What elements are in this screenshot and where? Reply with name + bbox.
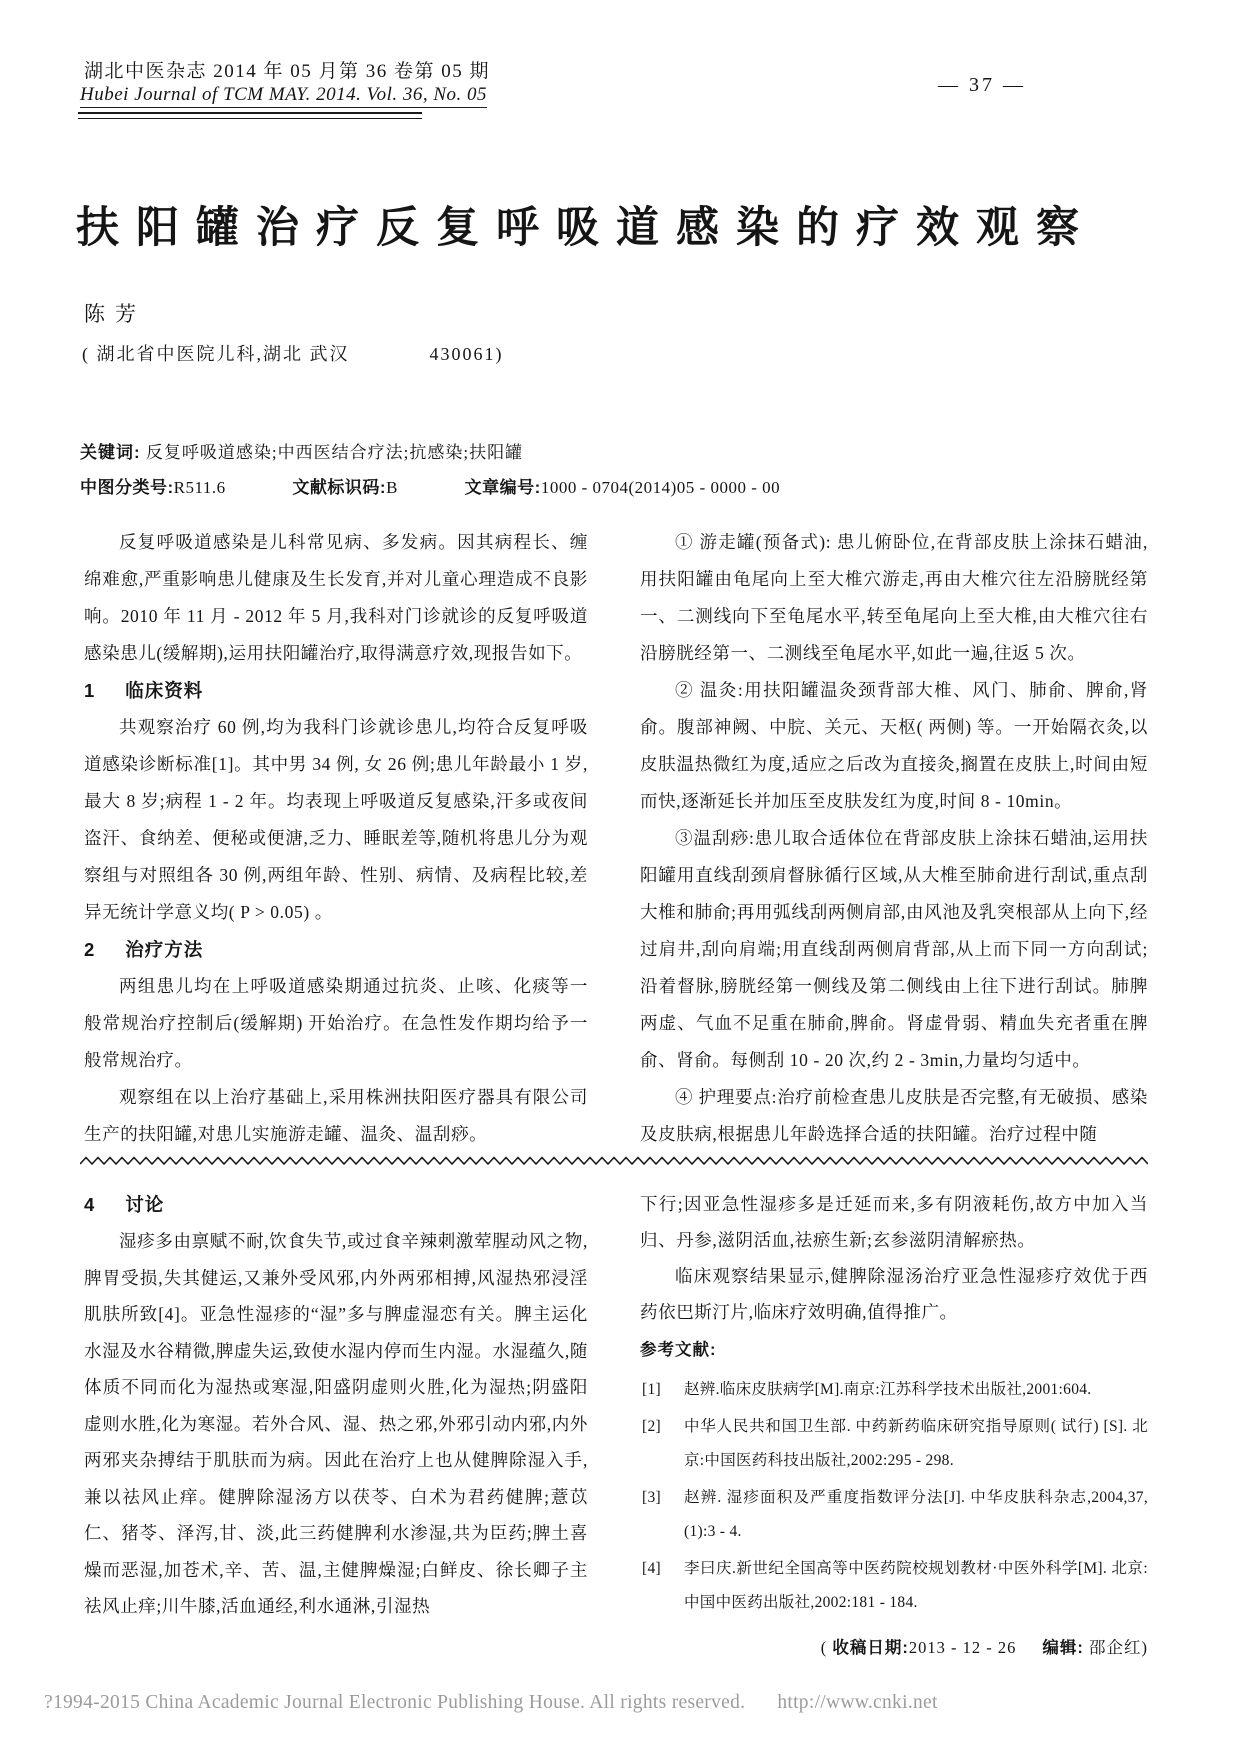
received-date-label: 收稿日期: [832, 1639, 909, 1657]
clc-label: 中图分类号: [80, 478, 174, 497]
section-heading-treatment: 2治疗方法 [84, 931, 588, 968]
reference-item: [2]中华人民共和国卫生部. 中药新药临床研究指导原则( 试行) [S]. 北京… [640, 1410, 1148, 1478]
section-label: 讨论 [125, 1194, 164, 1215]
reference-item: [1]赵辨.临床皮肤病学[M].南京:江苏科学技术出版社,2001:604. [640, 1373, 1148, 1407]
received-prefix: ( [821, 1638, 833, 1657]
received-suffix: ) [1142, 1638, 1149, 1657]
reference-text: 李曰庆.新世纪全国高等中医药院校规划教材·中医外科学[M]. 北京:中国中医药出… [684, 1560, 1148, 1611]
reference-marker: [4] [642, 1552, 661, 1586]
column-top-left: 反复呼吸道感染是儿科常见病、多发病。因其病程长、缠绵难愈,严重影响患儿健康及生长… [84, 524, 588, 1160]
journal-name-en: Hubei Journal of TCM MAY. 2014. Vol. 36,… [80, 84, 487, 108]
received-date-line: ( 收稿日期:2013 - 12 - 26编辑: 邵企红) [640, 1630, 1148, 1666]
doc-code-label: 文献标识码: [292, 478, 386, 497]
section-number: 4 [84, 1194, 95, 1215]
reference-marker: [3] [642, 1481, 661, 1515]
doc-code-pair: 文献标识码:B [292, 478, 398, 497]
column-bottom-left: 4讨论 湿疹多由禀赋不耐,饮食失节,或过食辛辣刺激荤腥动风之物,脾胃受损,失其健… [84, 1186, 588, 1625]
references-heading: 参考文献: [640, 1330, 1148, 1370]
article-id-label: 文章编号: [465, 478, 541, 497]
article-id-value: 1000 - 0704(2014)05 - 0000 - 00 [541, 478, 780, 497]
reference-marker: [2] [642, 1410, 661, 1444]
author-affiliation: ( 湖北省中医院儿科,湖北 武汉 430061) [82, 340, 504, 366]
section-label: 治疗方法 [125, 939, 203, 960]
column-bottom-right: 下行;因亚急性湿疹多是迁延而来,多有阴液耗伤,故方中加入当归、丹参,滋阴活血,祛… [640, 1186, 1148, 1666]
discussion-paragraph: 湿疹多由禀赋不耐,饮食失节,或过食辛辣刺激荤腥动风之物,脾胃受损,失其健运,又兼… [84, 1223, 588, 1625]
reference-text: 中华人民共和国卫生部. 中药新药临床研究指导原则( 试行) [S]. 北京:中国… [684, 1418, 1148, 1469]
header-double-rule [78, 112, 422, 119]
wavy-divider [80, 1156, 1148, 1166]
intro-paragraph: 反复呼吸道感染是儿科常见病、多发病。因其病程长、缠绵难愈,严重影响患儿健康及生长… [84, 524, 588, 672]
conclusion-paragraph: 临床观察结果显示,健脾除湿汤治疗亚急性湿疹疗效优于西药依巴斯汀片,临床疗效明确,… [640, 1258, 1148, 1330]
clinical-data-paragraph: 共观察治疗 60 例,均为我科门诊就诊患儿,均符合反复呼吸道感染诊断标准[1]。… [84, 709, 588, 931]
cnki-url: http://www.cnki.net [777, 1692, 937, 1713]
author-name: 陈芳 [84, 298, 146, 328]
warm-moxibustion-paragraph: ② 温灸:用扶阳罐温灸颈背部大椎、风门、肺俞、脾俞,肾俞。腹部神阙、中脘、关元、… [640, 672, 1148, 820]
clc-pair: 中图分类号:R511.6 [80, 478, 226, 497]
reference-marker: [1] [642, 1373, 661, 1407]
reference-item: [4]李曰庆.新世纪全国高等中医药院校规划教材·中医外科学[M]. 北京:中国中… [640, 1552, 1148, 1620]
clc-value: R511.6 [174, 478, 226, 497]
column-top-right: ① 游走罐(预备式): 患儿俯卧位,在背部皮肤上涂抹石蜡油, 用扶阳罐由龟尾向上… [640, 524, 1148, 1160]
doc-code-value: B [386, 478, 398, 497]
section-number: 2 [84, 939, 95, 960]
classification-line: 中图分类号:R511.6 文献标识码:B 文章编号:1000 - 0704(20… [80, 473, 780, 498]
keywords-label: 关键词: [80, 443, 141, 462]
section-number: 1 [84, 680, 95, 701]
cnki-copyright-footer: ?1994-2015 China Academic Journal Electr… [44, 1692, 1204, 1714]
reference-item: [3]赵辨. 湿疹面积及严重度指数评分法[J]. 中华皮肤科杂志,2004,37… [640, 1481, 1148, 1549]
received-date-value: 2013 - 12 - 26 [909, 1638, 1017, 1657]
warm-scraping-paragraph: ③温刮痧:患儿取合适体位在背部皮肤上涂抹石蜡油,运用扶阳罐用直线刮颈肩督脉循行区… [640, 820, 1148, 1079]
section-heading-clinical-data: 1临床资料 [84, 672, 588, 709]
page-number: — 37 — [938, 74, 1026, 97]
article-title: 扶阳罐治疗反复呼吸道感染的疗效观察 [76, 194, 1096, 255]
section-heading-discussion: 4讨论 [84, 1186, 588, 1223]
article-id-pair: 文章编号:1000 - 0704(2014)05 - 0000 - 00 [465, 478, 780, 497]
journal-page-scan: 湖北中医杂志 2014 年 05 月第 36 卷第 05 期 Hubei Jou… [0, 0, 1240, 1754]
discussion-continuation-paragraph: 下行;因亚急性湿疹多是迁延而来,多有阴液耗伤,故方中加入当归、丹参,滋阴活血,祛… [640, 1186, 1148, 1258]
section-label: 临床资料 [125, 680, 203, 701]
editor-name: 邵企红 [1084, 1638, 1142, 1657]
moving-cupping-paragraph: ① 游走罐(预备式): 患儿俯卧位,在背部皮肤上涂抹石蜡油, 用扶阳罐由龟尾向上… [640, 524, 1148, 672]
journal-name-cn: 湖北中医杂志 2014 年 05 月第 36 卷第 05 期 [84, 56, 490, 83]
keywords-text: 反复呼吸道感染;中西医结合疗法;抗感染;扶阳罐 [146, 443, 523, 462]
nursing-points-paragraph: ④ 护理要点:治疗前检查患儿皮肤是否完整,有无破损、感染及皮肤病,根据患儿年龄选… [640, 1079, 1148, 1153]
editor-label: 编辑: [1042, 1639, 1084, 1657]
copyright-text: ?1994-2015 China Academic Journal Electr… [44, 1692, 745, 1713]
treatment-paragraph-1: 两组患儿均在上呼吸道感染期通过抗炎、止咳、化痰等一般常规治疗控制后(缓解期) 开… [84, 968, 588, 1079]
treatment-paragraph-2: 观察组在以上治疗基础上,采用株洲扶阳医疗器具有限公司生产的扶阳罐,对患儿实施游走… [84, 1079, 588, 1153]
reference-text: 赵辨.临床皮肤病学[M].南京:江苏科学技术出版社,2001:604. [684, 1381, 1091, 1398]
keywords-line: 关键词: 反复呼吸道感染;中西医结合疗法;抗感染;扶阳罐 [80, 438, 523, 463]
reference-text: 赵辨. 湿疹面积及严重度指数评分法[J]. 中华皮肤科杂志,2004,37,(1… [684, 1489, 1148, 1540]
